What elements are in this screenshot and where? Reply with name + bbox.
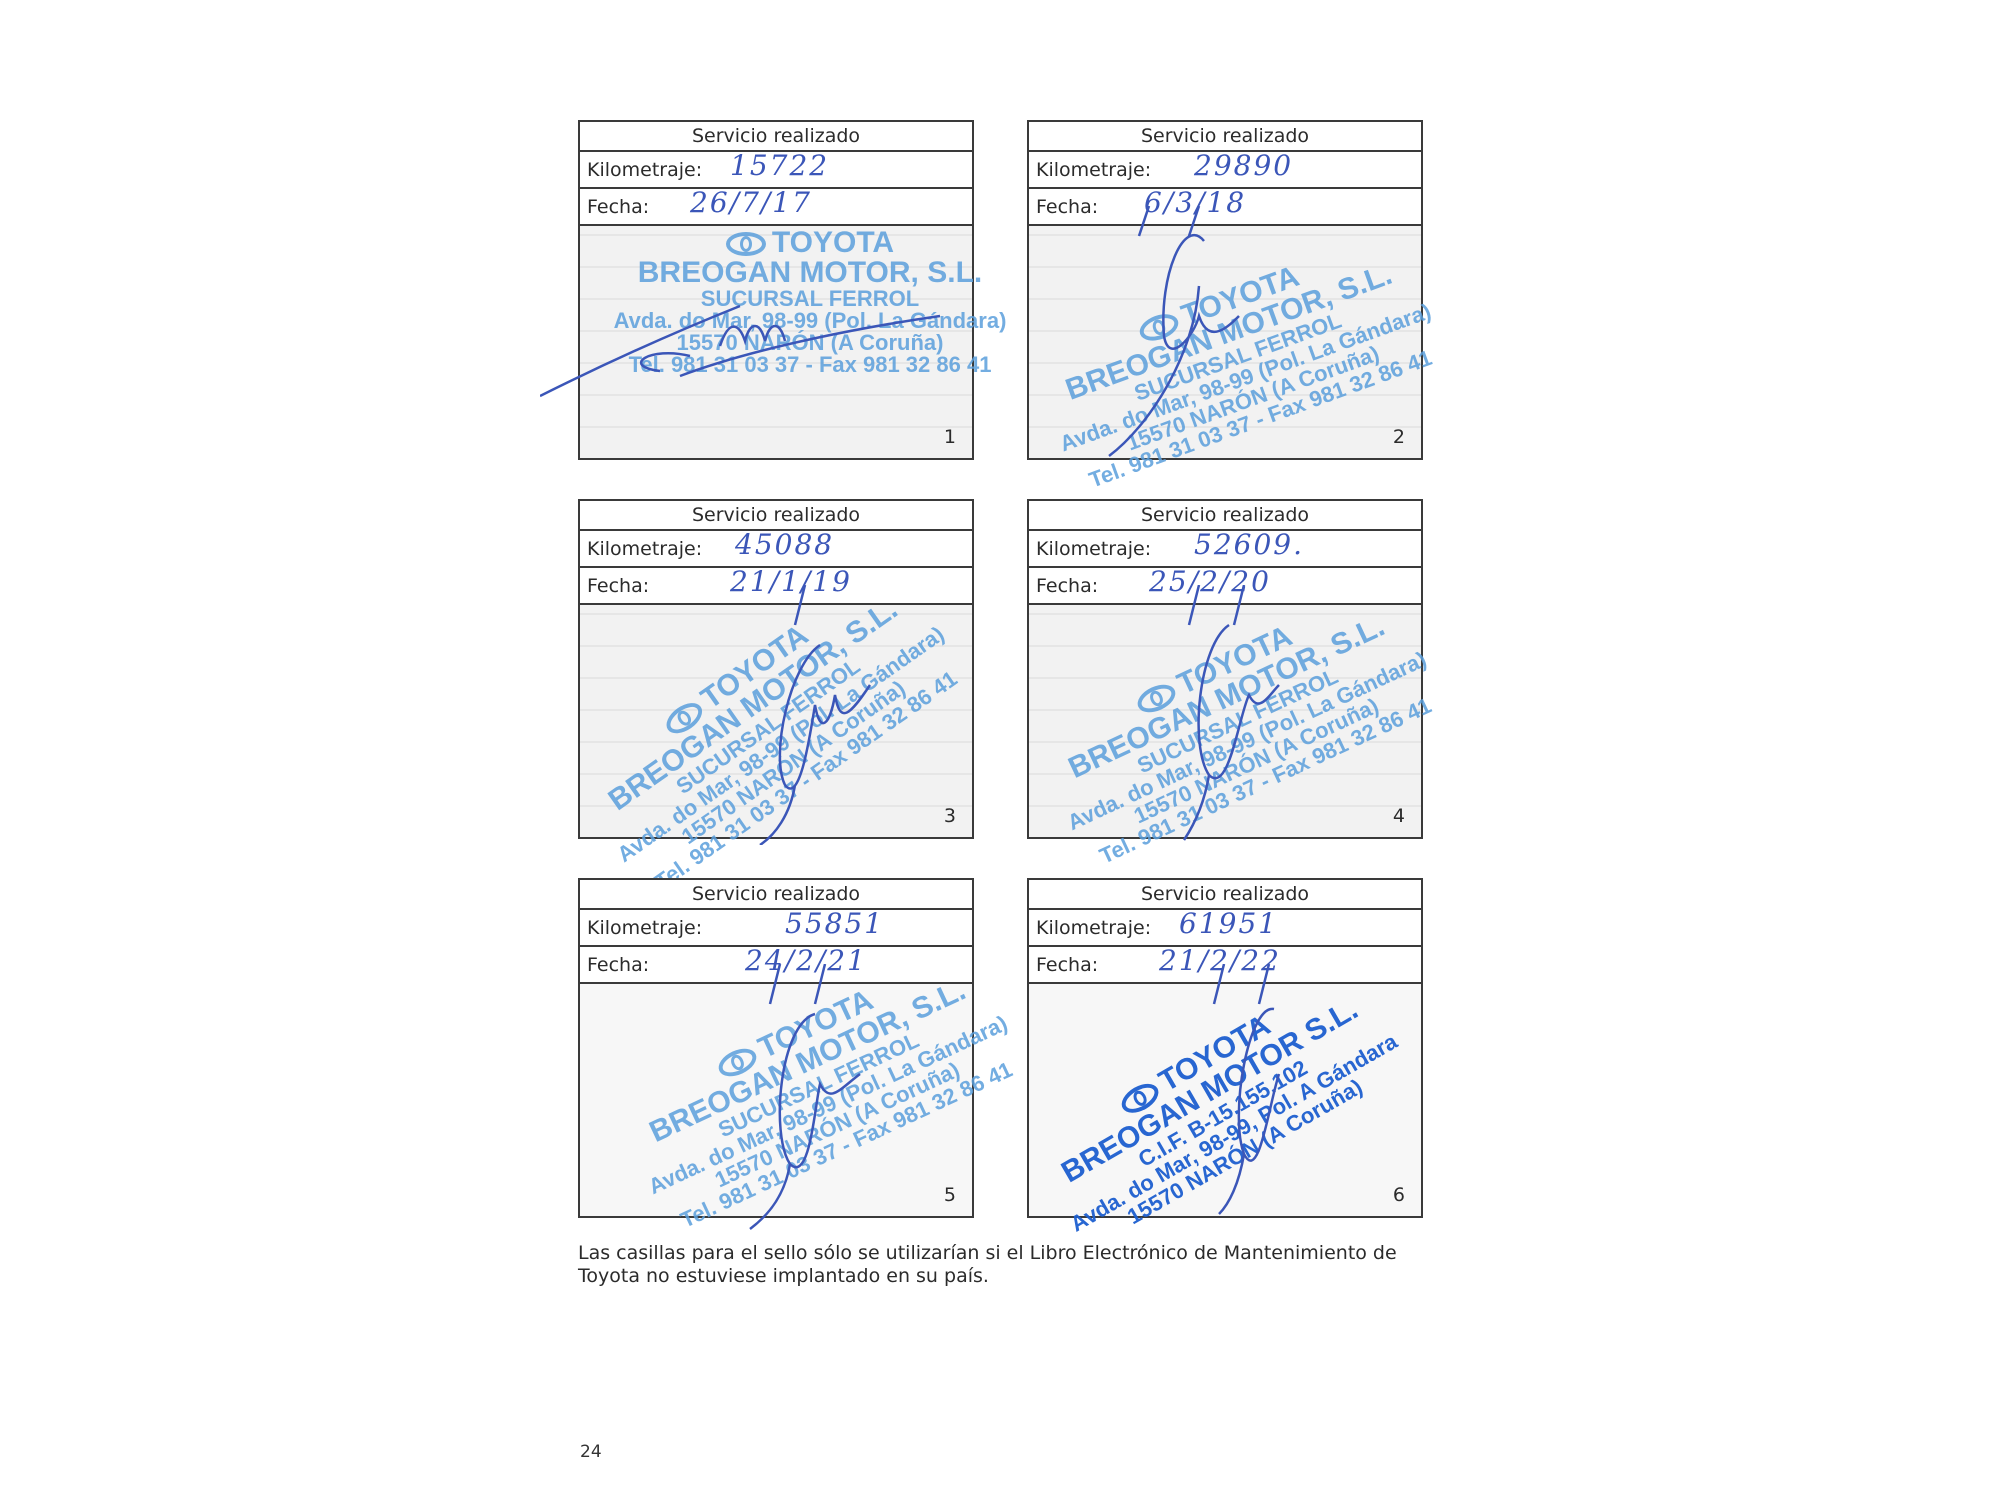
km-value: 61951 [1179,906,1278,942]
service-box-2: Servicio realizado Kilometraje: 29890 Fe… [1027,120,1423,460]
km-value: 55851 [785,906,884,942]
service-title: Servicio realizado [580,880,972,910]
box-number: 1 [944,426,956,448]
date-label: Fecha: [587,575,649,597]
stamp-area: TOYOTA BREOGAN MOTOR, S.L. SUCURSAL FERR… [1029,226,1421,458]
km-value: 52609. [1194,527,1304,563]
box-number: 5 [944,1184,956,1206]
stamp-area: TOYOTA BREOGAN MOTOR, S.L. SUCURSAL FERR… [580,984,972,1216]
box-number: 6 [1393,1184,1405,1206]
date-label: Fecha: [1036,196,1098,218]
dealer-stamp-alt: TOYOTA BREOGAN MOTOR S.L. C.I.F. B-15.15… [1006,947,1433,1266]
date-label: Fecha: [587,196,649,218]
date-row: Fecha: 26/7/17 [580,189,972,226]
km-row: Kilometraje: 29890 [1029,152,1421,189]
stamp-area: TOYOTA BREOGAN MOTOR, S.L. SUCURSAL FERR… [580,605,972,837]
service-box-4: Servicio realizado Kilometraje: 52609. F… [1027,499,1423,839]
stamp-area: TOYOTA BREOGAN MOTOR S.L. C.I.F. B-15.15… [1029,984,1421,1216]
date-label: Fecha: [1036,954,1098,976]
km-value: 45088 [735,527,834,563]
footnote: Las casillas para el sello sólo se utili… [578,1242,1448,1288]
date-value: 21/2/22 [1159,943,1281,979]
km-label: Kilometraje: [1036,538,1151,560]
date-value: 26/7/17 [690,185,812,221]
km-row: Kilometraje: 15722 [580,152,972,189]
km-value: 15722 [730,148,829,184]
km-row: Kilometraje: 55851 [580,910,972,947]
dealer-stamp: TOYOTA BREOGAN MOTOR, S.L. SUCURSAL FERR… [1007,215,1471,505]
date-label: Fecha: [1036,575,1098,597]
km-label: Kilometraje: [1036,917,1151,939]
dealer-stamp: TOYOTA BREOGAN MOTOR, S.L. SUCURSAL FERR… [600,228,1020,376]
page-number: 24 [580,1442,602,1462]
service-box-5: Servicio realizado Kilometraje: 55851 Fe… [578,878,974,1218]
service-box-6: Servicio realizado Kilometraje: 61951 Fe… [1027,878,1423,1218]
date-row: Fecha: 6/3/18 [1029,189,1421,226]
km-label: Kilometraje: [587,917,702,939]
date-value: 6/3/18 [1144,185,1246,221]
date-label: Fecha: [587,954,649,976]
stamp-area: TOYOTA BREOGAN MOTOR, S.L. SUCURSAL FERR… [1029,605,1421,837]
service-box-3: Servicio realizado Kilometraje: 45088 Fe… [578,499,974,839]
dealer-stamp: TOYOTA BREOGAN MOTOR, S.L. SUCURSAL FERR… [1008,564,1469,884]
km-row: Kilometraje: 52609. [1029,531,1421,568]
date-value: 25/2/20 [1149,564,1271,600]
km-label: Kilometraje: [587,159,702,181]
box-number: 4 [1393,805,1405,827]
km-label: Kilometraje: [1036,159,1151,181]
toyota-logo-icon [726,232,766,256]
date-value: 24/2/21 [745,943,867,979]
km-value: 29890 [1194,148,1293,184]
service-box-1: Servicio realizado Kilometraje: 15722 Fe… [578,120,974,460]
box-number: 2 [1393,426,1405,448]
km-label: Kilometraje: [587,538,702,560]
km-row: Kilometraje: 61951 [1029,910,1421,947]
stamp-area: TOYOTA BREOGAN MOTOR, S.L. SUCURSAL FERR… [580,226,972,458]
box-number: 3 [944,805,956,827]
